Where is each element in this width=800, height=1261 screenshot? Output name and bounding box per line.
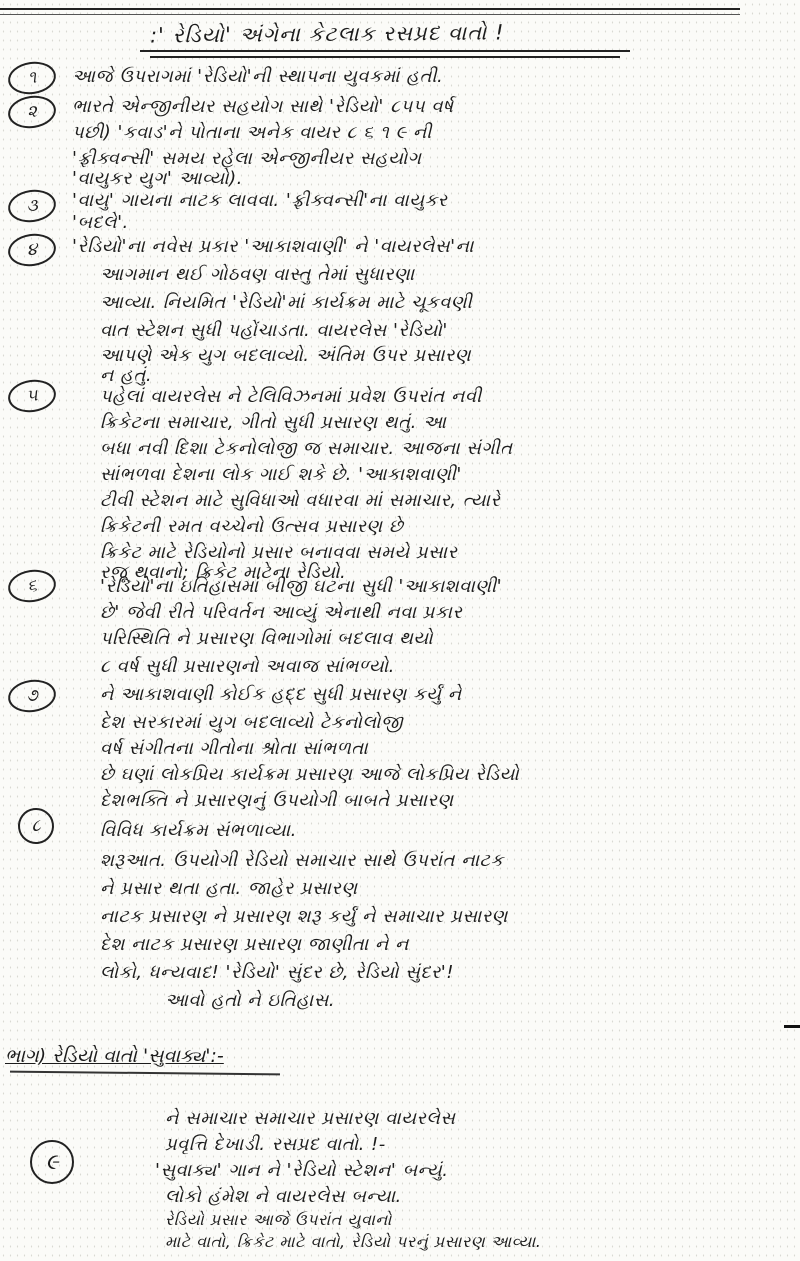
item-2-line-1: ભારતે એન્જીનીયર સહયોગ સાથે 'રેડિયો' ૮૫૫ … [72, 96, 454, 117]
item-5-line-2: ક્રિકેટના સમાચાર, ગીતો સુધી પ્રસારણ થતું… [100, 412, 446, 433]
item-8-line-4: ને પ્રસાર થતા હતા. જાહેર પ્રસારણ [100, 878, 358, 899]
item-number-2: ૨ [6, 93, 58, 131]
item-7-line-3: વર્ષ સંગીતના ગીતોના શ્રોતા સાંભળતા [100, 738, 368, 759]
item-8-line-3: શરૂઆત. ઉપયોગી રેડિયો સમાચાર સાથે ઉપરાંત … [100, 850, 504, 871]
item-8-line-8: આવો હતો ને ઇતિહાસ. [165, 990, 335, 1011]
item-number-3: ૩ [6, 187, 58, 225]
section-2-line-6: માટે વાતો, ક્રિકેટ માટે વાતો, રેડિયો પરન… [165, 1232, 541, 1252]
item-8-line-7: લોકો, ધન્યવાદ! 'રેડિયો' સુંદર છે, રેડિયો… [100, 962, 454, 983]
item-6-line-2: છે' જેવી રીતે પરિવર્તન આવ્યું એનાથી નવા … [100, 602, 462, 623]
item-number-5: ૫ [6, 377, 58, 415]
title-underline [140, 50, 630, 52]
section-2-line-4: લોકો હંમેશ ને વાયરલેસ બન્યા. [165, 1186, 402, 1207]
item-3-line-1: 'વાયુ' ગાયના નાટક લાવવા. 'ફ્રીક્વન્સી'ના… [72, 190, 447, 211]
item-number-8: ૮ [16, 806, 57, 847]
top-rule [0, 8, 740, 10]
item-8-line-1: દેશભક્તિ ને પ્રસારણનું ઉપયોગી બાબતે પ્રસ… [100, 790, 454, 811]
item-number-9: ૯ [30, 1140, 74, 1184]
item-4-line-4: વાત સ્ટેશન સુધી પહોંચાડતા. વાયરલેસ 'રેડિ… [100, 320, 448, 341]
item-7-line-1: ને આકાશવાણી કોઈક હદ્દ સુધી પ્રસારણ કર્યુ… [100, 684, 462, 705]
item-3-line-2: 'બદલે'. [72, 212, 129, 233]
item-6-line-1: 'રેડિયો'ના ઇતિહાસમાં બીજી ઘટના સુધી 'આકા… [100, 576, 502, 597]
item-2-line-2: પછી) 'કવાડ'ને પોતાના અનેક વાયર ૮ ૬ ૧ ૯ ન… [72, 122, 432, 143]
section-2-line-1: ને સમાચાર સમાચાર પ્રસારણ વાયરલેસ [165, 1108, 455, 1129]
item-1-line-1: આજે ઉપરાગમાં 'રેડિયો'ની સ્થાપના યુવકમાં … [72, 66, 443, 87]
item-5-line-5: ટીવી સ્ટેશન માટે સુવિધાઓ વધારવા માં સમાચ… [100, 490, 500, 511]
item-6-line-4: ૮ વર્ષ સુધી પ્રસારણનો અવાજ સાંભળ્યો. [100, 656, 395, 677]
item-2-line-3: 'ફ્રીક્વન્સી' સમય રહેલા એન્જીનીયર સહયોગ [72, 148, 421, 169]
item-6-line-3: પરિસ્થિતિ ને પ્રસારણ વિભાગોમાં બદલાવ થયો [100, 628, 433, 649]
item-7-line-2: દેશ સરકારમાં યુગ બદલાવ્યો ટેકનોલોજી [100, 712, 403, 733]
item-5-line-4: સાંભળવા દેશના લોક ગાઈ શકે છે. 'આકાશવાણી' [100, 464, 462, 485]
top-rule-2 [0, 14, 740, 15]
item-number-7: ૭ [6, 677, 58, 715]
margin-mark [784, 1025, 800, 1028]
item-4-line-3: આવ્યા. નિયમિત 'રેડિયો'માં કાર્યક્રમ માટે… [100, 292, 472, 313]
section-2-underline [10, 1071, 280, 1076]
item-number-4: ૪ [6, 231, 58, 269]
item-7-line-4: છે ઘણાં લોકપ્રિય કાર્યક્રમ પ્રસારણ આજે લ… [100, 764, 519, 785]
page-title: :' રેડિયો' અંગેના કેટલાક રસપ્રદ વાતો ! [150, 20, 505, 48]
section-2-heading: ભાગ) રેડિયો વાતો 'સુવાક્ય':- [5, 1045, 224, 1067]
section-2-line-3: 'સુવાક્ય' ગાન ને 'રેડિયો સ્ટેશન' બન્યું. [155, 1160, 449, 1181]
section-2-line-5: રેડિયો પ્રસાર આજે ઉપરાંત યુવાનો [165, 1210, 392, 1230]
item-2-line-4: 'વાયુકર યુગ' આવ્યો). [72, 168, 243, 189]
item-4-line-2: આગમાન થઈ ગોઠવણ વાસ્તુ તેમાં સુધારણા [100, 264, 415, 285]
item-4-line-5: આપણે એક યુગ બદલાવ્યો. અંતિમ ઉપર પ્રસારણ [100, 345, 471, 366]
item-5-line-3: બધા નવી દિશા ટેકનોલોજી જ સમાચાર. આજના સં… [100, 438, 513, 459]
item-5-line-1: પહેલાં વાયરલેસ ને ટેલિવિઝનમાં પ્રવેશ ઉપર… [100, 386, 482, 407]
title-underline-2 [150, 56, 620, 58]
item-number-6: ૬ [6, 567, 58, 605]
item-number-1: ૧ [6, 59, 58, 97]
item-8-line-6: દેશ નાટક પ્રસારણ પ્રસારણ જાણીતા ને ન [100, 934, 409, 955]
item-4-line-1: 'રેડિયો'ના નવેસ પ્રકાર 'આકાશવાણી' ને 'વા… [72, 236, 474, 257]
section-2-line-2: પ્રવૃત્તિ દેખાડી. રસપ્રદ વાતો. !- [165, 1134, 386, 1155]
item-8-line-2: વિવિધ કાર્યક્રમ સંભળાવ્યા. [100, 820, 297, 841]
item-5-line-6: ક્રિકેટની રમત વચ્ચેનો ઉત્સવ પ્રસારણ છે [100, 516, 403, 537]
item-4-line-6: ન હતું. [100, 365, 152, 386]
item-8-line-5: નાટક પ્રસારણ ને પ્રસારણ શરૂ કર્યું ને સમ… [100, 906, 508, 927]
item-5-line-7: ક્રિકેટ માટે રેડિયોનો પ્રસાર બનાવવા સમયે… [100, 542, 457, 563]
handwritten-page: :' રેડિયો' અંગેના કેટલાક રસપ્રદ વાતો ! ૧… [0, 0, 800, 1261]
